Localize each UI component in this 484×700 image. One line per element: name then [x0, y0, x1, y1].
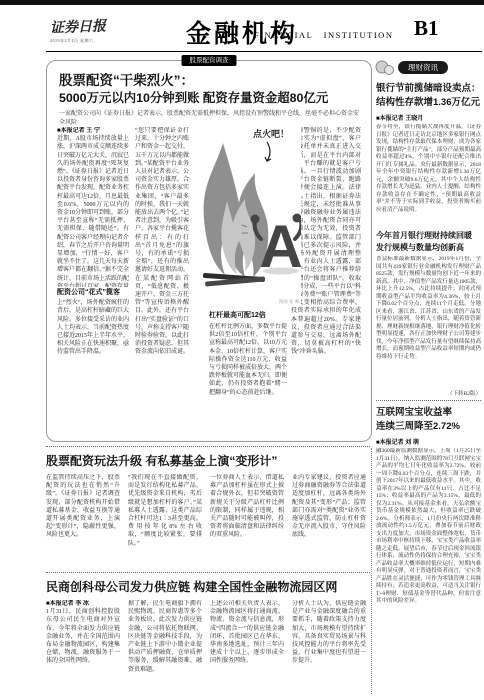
- lead-column-3: 在杠杆比例方面，多数平台提供2倍至10倍杠杆，个别平台宣称最高可配12倍。以10…: [209, 323, 287, 431]
- mid-column-2: “我们现在不直接做配资，而是发行结构化私募产品，优先级资金来自机构，劣后级就是想…: [128, 474, 202, 566]
- page-number: B1: [414, 16, 439, 41]
- sidebar-article3-byline: ■本报记者 刘 萌: [376, 437, 419, 446]
- divider-bottom: [46, 572, 370, 573]
- bottom-headline: 民商创科母公司发力供应链 构建全国性金融物流园区网: [46, 578, 370, 595]
- letter-a-character: A: [259, 213, 301, 280]
- lead-headline-line1: 股票配资“干柴烈火”：: [59, 69, 359, 89]
- sidebar-banner: 理财资讯: [398, 61, 448, 74]
- lead-byline: ■本报记者 王 宁: [57, 127, 129, 135]
- newspaper-page: 证券日报 2019年2月2日 星期六 金融机构 FINANCIAL INSTIT…: [0, 0, 484, 700]
- mid-headline: 股票配资玩法升级 有私募基金上演“变形计”: [46, 452, 370, 469]
- sidebar-article1-headline-1: 银行节前揽储暗设卖点：: [376, 82, 482, 95]
- sidebar-article3-headline-1: 互联网宝宝收益率: [376, 406, 482, 419]
- chat-bubbles-icon: [374, 60, 396, 76]
- bonfire-cartoon-drawing: A 点火吧！: [197, 121, 301, 307]
- lead-headline-line2: 5000万元以内10分钟到账 配资存量资金超80亿元: [59, 88, 363, 106]
- lead-column-2: “您只要把保证金打过来，十分钟之内账户和资金一起交付，五千万元以内都能做到。”某…: [135, 127, 189, 433]
- sidebar-article3-headline-2: 连续三周降至2.72%: [376, 420, 482, 433]
- lead-column-1-text: 近期，A股市场持续放量上涨，沪深两市成交额连续多日突破万亿元大关，沉寂已久的场外…: [57, 135, 129, 356]
- bottom-byline: ■本报记者 李 冰: [46, 600, 120, 608]
- sidebar-divider: [376, 400, 481, 401]
- mid-column-3: 一位券商人士表示，借道私募产品加杠杆虽在形式上披着合规外衣，但若突破资管新规关于…: [210, 474, 284, 566]
- sidebar-article2-headline-1: 今年首月银行理财持续回暖: [376, 230, 482, 241]
- divider-mid: [46, 446, 370, 447]
- sidebar-article2-jump-line: （下转B2版）: [376, 389, 481, 397]
- lead-subhead-1: 配资公司“花式”揽客: [57, 287, 129, 298]
- sidebar-article2-headline-2: 发行规模与数量均创新高: [376, 242, 482, 253]
- section-title-english: FINANCIAL INSTITUTION: [254, 30, 393, 40]
- mid-column-1: 在监管持续高压之下，股票配资的玩法也在悄然“升级”。《证券日报》记者调查发现，部…: [46, 474, 120, 566]
- lead-column-1: ■本报记者 王 宁 近期，A股市场持续放量上涨，沪深两市成交额连续多日突破万亿元…: [57, 127, 129, 433]
- bottom-column-1-text: 1月31日，民商创科控股股东母公司民生电商对外宣布，今年将全面发力供应链金融业务…: [46, 608, 120, 665]
- sidebar-article2-body: 普益标准最新数据显示，2019年1月份，全国共有439家银行业金融机构发行理财产…: [376, 256, 481, 387]
- bottom-column-2: 据了解，民生电商旗下拥有民熙物流、民商智惠等多个业务板块。此次发力供应链金融，公…: [128, 600, 202, 694]
- lead-article-tag: 股票配资调查: [182, 55, 237, 66]
- header-rule: [46, 51, 482, 52]
- sidebar-article1-body: 春节将至，银行揽储大战再度升温。《证券日报》记者近日走访北京地区多家银行网点发现…: [376, 124, 481, 224]
- bottom-column-4: 分析人士认为，供应链金融是产业与金融深度融合的重要抓手，随着政策支持力度加大，市…: [292, 600, 366, 694]
- bottom-column-1: ■本报记者 李 冰 1月31日，民商创科控股股东母公司民生电商对外宣布，今年将全…: [46, 600, 120, 694]
- speech-bubble-text: 点火吧！: [253, 128, 289, 139]
- sidebar-article1-headline-2: 结构性存款增1.36万亿元: [376, 96, 482, 109]
- speech-pointer-arrow: [265, 142, 271, 161]
- masthead-logo: 证券日报: [50, 19, 130, 37]
- top-black-bar: [0, 0, 484, 5]
- left-fist: [251, 215, 260, 224]
- bottom-column-3: 上述公司相关负责人表示，金融物流园区将打通商流、物流、资金流与信息流，形成“四流…: [210, 600, 284, 694]
- lead-article-box: 股票配资调查 股票配资“干柴烈火”： 5000万元以内10分钟到账 配资存量资金…: [46, 60, 372, 442]
- masthead-dateline: 2019年2月2日 星期六: [50, 38, 136, 44]
- bonfire-cartoon: A 点火吧！ 漫画 张 骞: [197, 121, 301, 307]
- mid-column-4: 业内专家建议，投资者应通过券商融资融券等合法渠道适度加杠杆，远离各类场外配资及其…: [292, 474, 366, 566]
- sidebar-article1-byline: ■本报记者 王晓月: [376, 113, 423, 122]
- lead-subhead-2: 杠杆最高可配12倍: [209, 310, 287, 321]
- lead-column-4: 值得警惕的是，不少配资平台实为“虚拟盘”，客户的委托单并未真正进入交易所，而是在…: [291, 127, 361, 433]
- sidebar-article3-body: 融360最新监测数据显示，上周（1月25日至1月31日），纳入监测范围的78只互…: [376, 448, 481, 694]
- divider-vertical: [371, 448, 372, 694]
- cartoon-credit: 漫画 张 骞: [279, 299, 299, 305]
